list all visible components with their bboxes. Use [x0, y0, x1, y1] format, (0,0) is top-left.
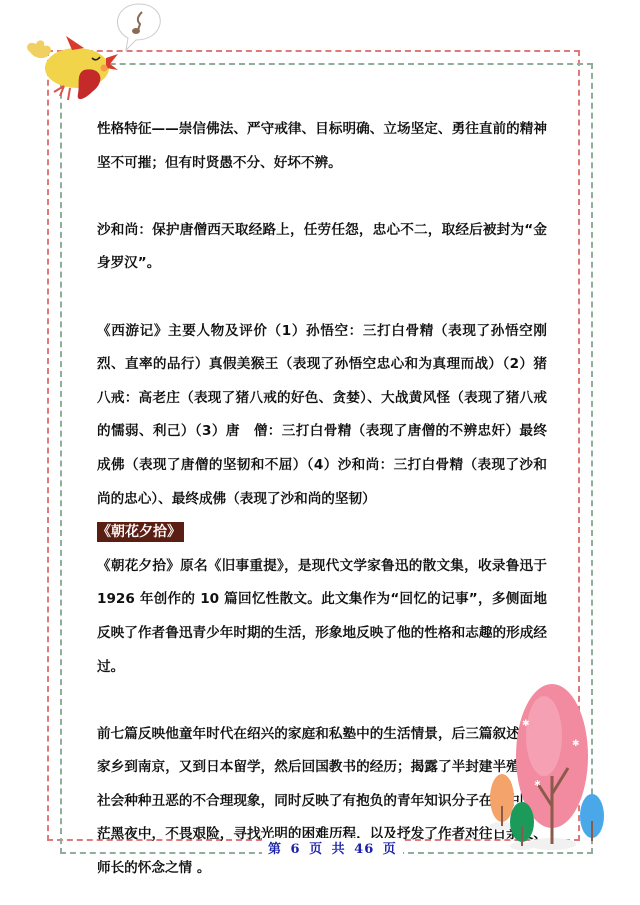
- trees-icon: ✱ ✱ ✱: [484, 676, 609, 861]
- paragraph-sha-heshang: 沙和尚：保护唐僧西天取经路上，任劳任怨，忠心不二，取经后被封为“金身罗汉”。: [97, 214, 547, 281]
- paragraph-tang-seng-traits: 性格特征——崇信佛法、严守戒律、目标明确、立场坚定、勇往直前的精神坚不可摧；但有…: [97, 113, 547, 180]
- blank-line: [97, 684, 547, 718]
- page-number: 第 6 页 共 46 页: [262, 838, 403, 857]
- bird-icon: [22, 30, 122, 105]
- paragraph-zhaohua-content: 前七篇反映他童年时代在绍兴的家庭和私塾中的生活情景，后三篇叙述他从家乡到南京，又…: [97, 718, 547, 886]
- blank-line: [97, 281, 547, 315]
- paragraph-zhaohua-intro: 《朝花夕拾》原名《旧事重提》，是现代文学家鲁迅的散文集，收录鲁迅于 1926 年…: [97, 550, 547, 684]
- document-body: 性格特征——崇信佛法、严守戒律、目标明确、立场坚定、勇往直前的精神坚不可摧；但有…: [97, 113, 547, 886]
- svg-text:✱: ✱: [534, 779, 541, 788]
- section-heading-wrapper: 《朝花夕拾》: [97, 516, 547, 550]
- svg-text:✱: ✱: [522, 719, 530, 729]
- paragraph-journey-west-characters: 《西游记》主要人物及评价（1）孙悟空：三打白骨精（表现了孙悟空刚烈、直率的品行）…: [97, 315, 547, 517]
- blank-line: [97, 180, 547, 214]
- music-note-icon: [112, 2, 167, 52]
- section-heading: 《朝花夕拾》: [97, 522, 184, 542]
- svg-text:✱: ✱: [572, 739, 580, 749]
